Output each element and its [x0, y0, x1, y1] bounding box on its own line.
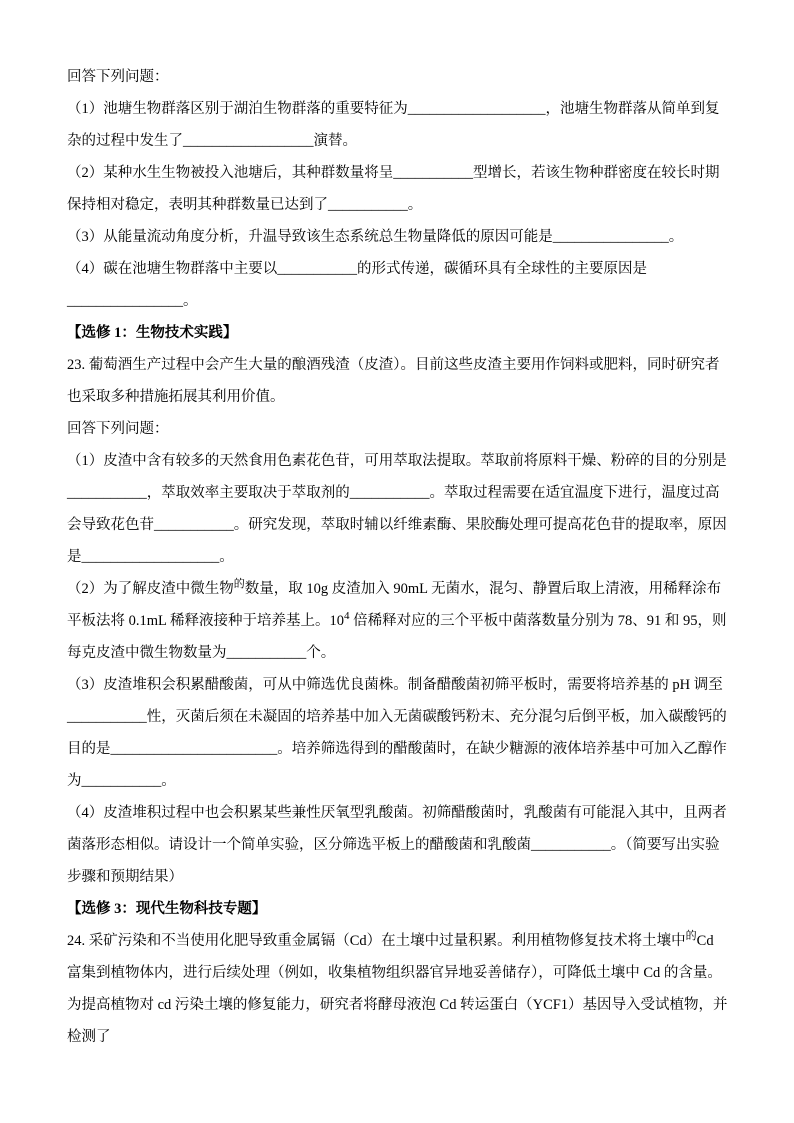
answer-prompt-q23: 回答下列问题：	[67, 413, 730, 445]
superscript-run: 的	[686, 930, 697, 942]
q24-stem: 24. 采矿污染和不当使用化肥导致重金属镉（Cd）在土壤中过量积累。利用植物修复…	[67, 925, 730, 1053]
section-heading-elective-3: 【选修 3：现代生物科技专题】	[67, 893, 730, 925]
text-run: （3）从能量流动角度分析，升温导致该生态系统总生物量降低的原因可能是______…	[67, 229, 683, 245]
text-run: 23. 葡萄酒生产过程中会产生大量的酿酒残渣（皮渣）。目前这些皮渣主要用作饲料或…	[67, 357, 720, 405]
document-body: 回答下列问题：（1）池塘生物群落区别于湖泊生物群落的重要特征为_________…	[67, 61, 730, 1053]
superscript-run: 的	[234, 578, 245, 590]
q23-part-3: （3）皮渣堆积会积累醋酸菌，可从中筛选优良菌株。制备醋酸菌初筛平板时，需要将培养…	[67, 669, 730, 797]
answer-prompt-q22: 回答下列问题：	[67, 61, 730, 93]
text-run: （1）皮渣中含有较多的天然食用色素花色苷，可用萃取法提取。萃取前将原料干燥、粉碎…	[67, 453, 727, 565]
text-run: Cd 富集到植物体内，进行后续处理（例如，收集植物组织器官异地妥善储存），可降低…	[67, 933, 728, 1045]
text-run: 24. 采矿污染和不当使用化肥导致重金属镉（Cd）在土壤中过量积累。利用植物修复…	[67, 933, 686, 949]
q22-part-1: （1）池塘生物群落区别于湖泊生物群落的重要特征为________________…	[67, 93, 730, 157]
text-run: （4）碳在池塘生物群落中主要以___________的形式传递，碳循环具有全球性…	[67, 261, 647, 309]
text-run: 回答下列问题：	[67, 421, 169, 437]
q23-part-2: （2）为了解皮渣中微生物的数量，取 10g 皮渣加入 90mL 无菌水，混匀、静…	[67, 573, 730, 669]
text-run: 【选修 1：生物技术实践】	[67, 325, 237, 341]
q22-part-2: （2）某种水生生物被投入池塘后，其种群数量将呈___________型增长，若该…	[67, 157, 730, 221]
text-run: 回答下列问题：	[67, 69, 169, 85]
q23-part-1: （1）皮渣中含有较多的天然食用色素花色苷，可用萃取法提取。萃取前将原料干燥、粉碎…	[67, 445, 730, 573]
text-run: （2）某种水生生物被投入池塘后，其种群数量将呈___________型增长，若该…	[67, 165, 720, 213]
text-run: 【选修 3：现代生物科技专题】	[67, 901, 266, 917]
section-heading-elective-1: 【选修 1：生物技术实践】	[67, 317, 730, 349]
q23-part-4: （4）皮渣堆积过程中也会积累某些兼性厌氧型乳酸菌。初筛醋酸菌时，乳酸菌有可能混入…	[67, 797, 730, 893]
q22-part-3: （3）从能量流动角度分析，升温导致该生态系统总生物量降低的原因可能是______…	[67, 221, 730, 253]
q23-stem: 23. 葡萄酒生产过程中会产生大量的酿酒残渣（皮渣）。目前这些皮渣主要用作饲料或…	[67, 349, 730, 413]
text-run: （3）皮渣堆积会积累醋酸菌，可从中筛选优良菌株。制备醋酸菌初筛平板时，需要将培养…	[67, 677, 727, 789]
document-page: 回答下列问题：（1）池塘生物群落区别于湖泊生物群落的重要特征为_________…	[0, 0, 794, 1123]
text-run: （1）池塘生物群落区别于湖泊生物群落的重要特征为________________…	[67, 101, 720, 149]
text-run: （2）为了解皮渣中微生物	[67, 581, 234, 597]
text-run: （4）皮渣堆积过程中也会积累某些兼性厌氧型乳酸菌。初筛醋酸菌时，乳酸菌有可能混入…	[67, 805, 727, 885]
q22-part-4: （4）碳在池塘生物群落中主要以___________的形式传递，碳循环具有全球性…	[67, 253, 730, 317]
